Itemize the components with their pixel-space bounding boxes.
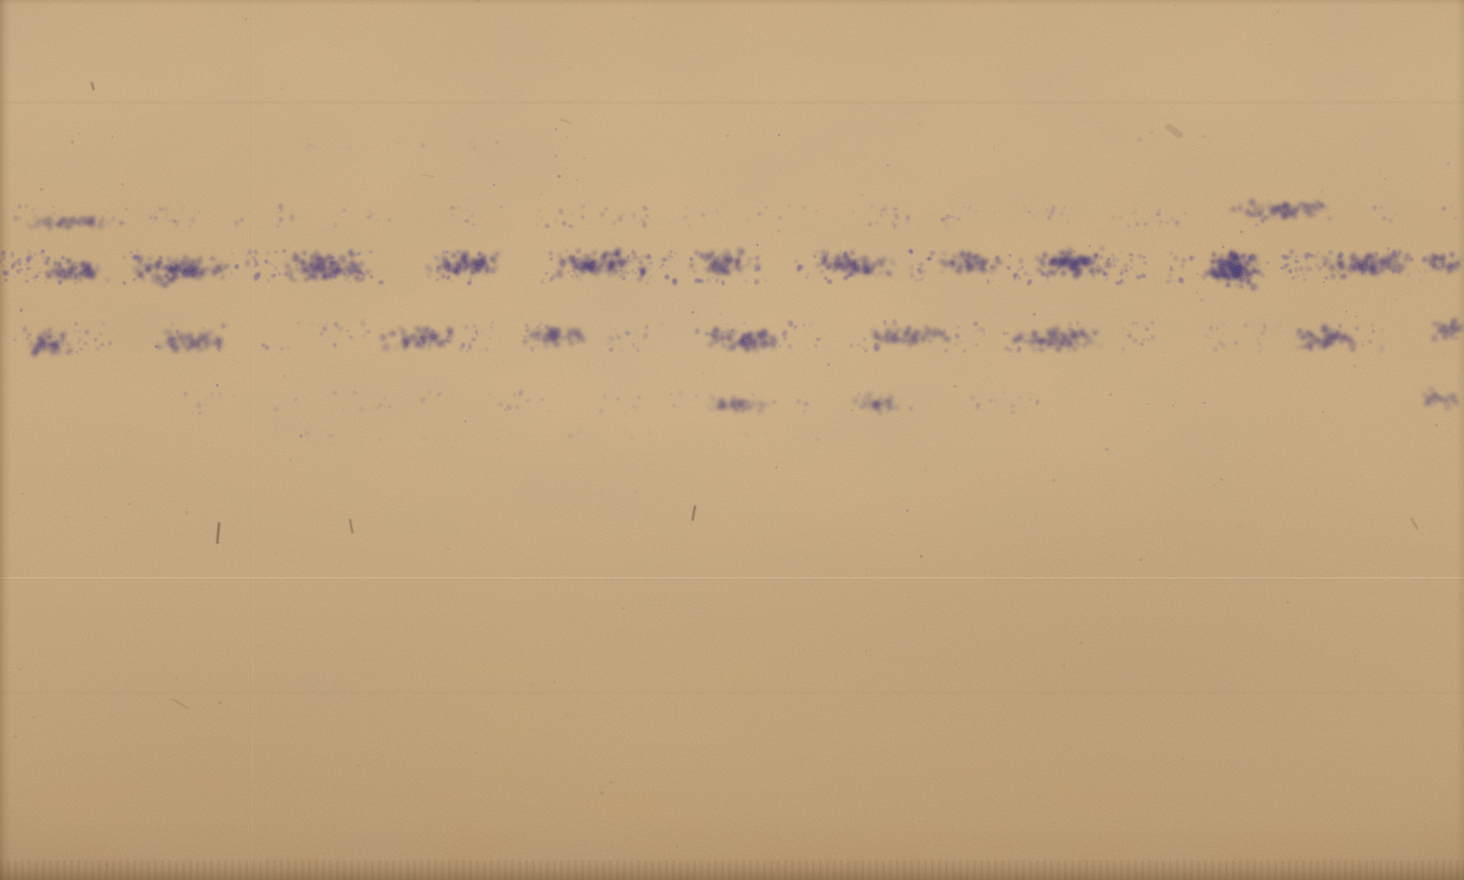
edge-shadow-top: [0, 0, 1464, 5]
paper-grain-layer: [0, 0, 1464, 880]
paper-sheet: Blank reverse side of a thin tan aged pa…: [0, 0, 1464, 880]
edge-shadow-right: [1456, 0, 1464, 880]
edge-shadow-left: [0, 0, 11, 880]
edge-shadow-bottom: [0, 860, 1464, 880]
